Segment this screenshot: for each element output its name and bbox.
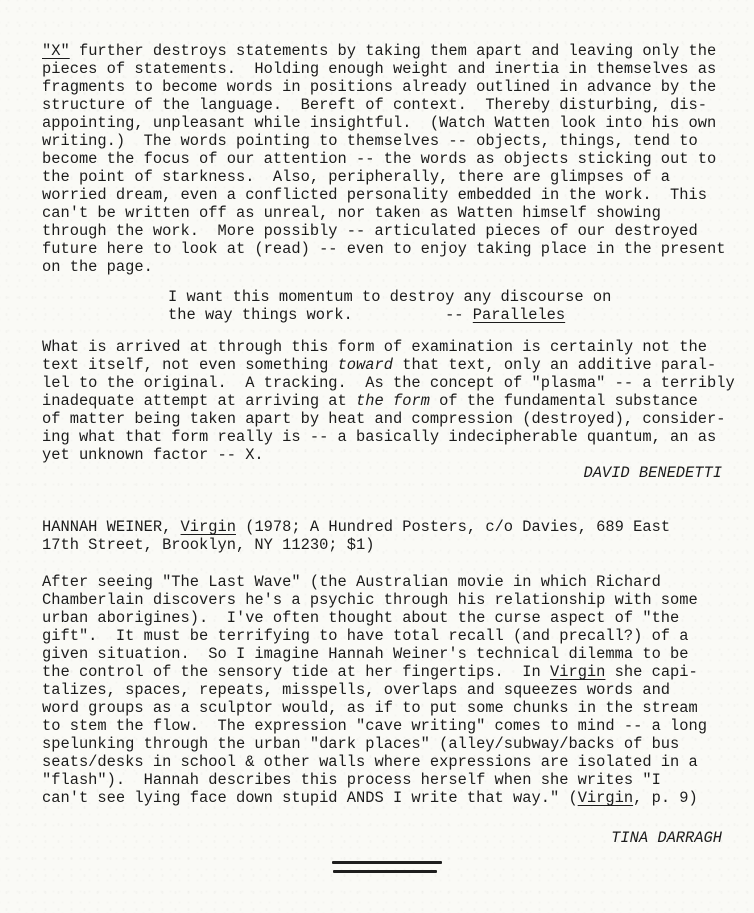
benedetti-review-body: "X" further destroys statements by takin… — [42, 42, 728, 276]
text-segment: HANNAH WEINER, — [42, 518, 181, 536]
text-segment: seats/desks in school & other walls wher… — [42, 753, 698, 771]
text-line: word groups as a sculptor would, as if t… — [42, 699, 728, 717]
text-line: Chamberlain discovers he's a psychic thr… — [42, 591, 728, 609]
text-segment: of the fundamental substance — [430, 392, 698, 410]
underlined-text: Virgin — [578, 789, 633, 807]
text-segment: of matter being taken apart by heat and … — [42, 410, 725, 428]
text-line: text itself, not even something toward t… — [42, 356, 728, 374]
italic-text: the form — [356, 392, 430, 410]
text-segment: become the focus of our attention -- the… — [42, 150, 716, 168]
text-segment: (1978; A Hundred Posters, c/o Davies, 68… — [236, 518, 670, 536]
text-segment: I want this momentum to destroy any disc… — [168, 288, 611, 306]
italic-text: TINA DARRAGH — [611, 829, 722, 847]
text-segment: the control of the sensory tide at her f… — [42, 663, 550, 681]
text-segment: structure of the language. Bereft of con… — [42, 96, 707, 114]
text-line: inadequate attempt at arriving at the fo… — [42, 392, 728, 410]
text-segment: What is arrived at through this form of … — [42, 338, 707, 356]
text-segment: appointing, unpleasant while insightful.… — [42, 114, 716, 132]
text-segment: future here to look at (read) -- even to… — [42, 240, 725, 258]
text-segment: fragments to become words in positions a… — [42, 78, 716, 96]
text-segment: pieces of statements. Holding enough wei… — [42, 60, 716, 78]
text-line: urban aborigines). I've often thought ab… — [42, 609, 728, 627]
text-line: lel to the original. A tracking. As the … — [42, 374, 728, 392]
closing-double-rule — [332, 861, 442, 873]
text-segment: word groups as a sculptor would, as if t… — [42, 699, 698, 717]
italic-text: toward — [338, 356, 393, 374]
benedetti-review-conclusion: What is arrived at through this form of … — [42, 338, 728, 464]
text-line: DAVID BENEDETTI — [42, 464, 722, 482]
text-line: to stem the flow. The expression "cave w… — [42, 717, 728, 735]
text-line: yet unknown factor -- X. — [42, 446, 728, 464]
underlined-text: "X" — [42, 42, 70, 60]
text-line: can't be written off as unreal, nor take… — [42, 204, 728, 222]
darragh-signature: TINA DARRAGH — [42, 829, 728, 847]
underlined-text: Virgin — [181, 518, 236, 536]
text-line: spelunking through the urban "dark place… — [42, 735, 728, 753]
italic-text: DAVID BENEDETTI — [583, 464, 722, 482]
text-segment: the way things work. -- — [168, 306, 473, 324]
text-segment: ing what that form really is -- a basica… — [42, 428, 716, 446]
text-line: What is arrived at through this form of … — [42, 338, 728, 356]
text-line: the way things work. -- Paralleles — [168, 306, 728, 324]
text-line: pieces of statements. Holding enough wei… — [42, 60, 728, 78]
text-segment: through the work. More possibly -- artic… — [42, 222, 698, 240]
text-line: the point of starkness. Also, peripheral… — [42, 168, 728, 186]
text-line: I want this momentum to destroy any disc… — [168, 288, 728, 306]
text-line: through the work. More possibly -- artic… — [42, 222, 728, 240]
text-line: become the focus of our attention -- the… — [42, 150, 728, 168]
text-segment: given situation. So I imagine Hannah Wei… — [42, 645, 689, 663]
text-line: future here to look at (read) -- even to… — [42, 240, 728, 258]
text-line: After seeing "The Last Wave" (the Austra… — [42, 573, 728, 591]
text-segment: spelunking through the urban "dark place… — [42, 735, 679, 753]
text-line: "X" further destroys statements by takin… — [42, 42, 728, 60]
text-segment: can't see lying face down stupid ANDS I … — [42, 789, 578, 807]
text-segment: further destroys statements by taking th… — [70, 42, 717, 60]
text-segment: to stem the flow. The expression "cave w… — [42, 717, 707, 735]
text-line: on the page. — [42, 258, 728, 276]
text-line: the control of the sensory tide at her f… — [42, 663, 728, 681]
text-segment: Chamberlain discovers he's a psychic thr… — [42, 591, 698, 609]
text-segment: the point of starkness. Also, peripheral… — [42, 168, 670, 186]
horizontal-rule — [333, 870, 437, 873]
text-line: gift". It must be terrifying to have tot… — [42, 627, 728, 645]
text-line: fragments to become words in positions a… — [42, 78, 728, 96]
text-segment: , p. 9) — [633, 789, 698, 807]
text-line: structure of the language. Bereft of con… — [42, 96, 728, 114]
text-line: "flash"). Hannah describes this process … — [42, 771, 728, 789]
paralleles-quote: I want this momentum to destroy any disc… — [168, 288, 728, 324]
benedetti-signature: DAVID BENEDETTI — [42, 464, 728, 482]
document-body: "X" further destroys statements by takin… — [42, 42, 728, 873]
text-segment: writing.) The words pointing to themselv… — [42, 132, 698, 150]
text-segment: 17th Street, Brooklyn, NY 11230; $1) — [42, 536, 375, 554]
text-line: appointing, unpleasant while insightful.… — [42, 114, 728, 132]
text-line: talizes, spaces, repeats, misspells, ove… — [42, 681, 728, 699]
horizontal-rule — [332, 861, 442, 864]
text-segment: lel to the original. A tracking. As the … — [42, 374, 735, 392]
scanned-document-page: "X" further destroys statements by takin… — [0, 0, 754, 873]
text-line: given situation. So I imagine Hannah Wei… — [42, 645, 728, 663]
darragh-review-body: After seeing "The Last Wave" (the Austra… — [42, 573, 728, 807]
underlined-text: Paralleles — [473, 306, 565, 324]
text-segment: inadequate attempt at arriving at — [42, 392, 356, 410]
text-line: HANNAH WEINER, Virgin (1978; A Hundred P… — [42, 518, 728, 536]
text-line: TINA DARRAGH — [42, 829, 722, 847]
text-line: worried dream, even a conflicted persona… — [42, 186, 728, 204]
text-segment: After seeing "The Last Wave" (the Austra… — [42, 573, 661, 591]
weiner-entry-heading: HANNAH WEINER, Virgin (1978; A Hundred P… — [42, 518, 728, 554]
text-line: 17th Street, Brooklyn, NY 11230; $1) — [42, 536, 728, 554]
text-line: seats/desks in school & other walls wher… — [42, 753, 728, 771]
text-line: can't see lying face down stupid ANDS I … — [42, 789, 728, 807]
text-line: ing what that form really is -- a basica… — [42, 428, 728, 446]
text-segment: that text, only an additive paral- — [393, 356, 716, 374]
text-segment: can't be written off as unreal, nor take… — [42, 204, 661, 222]
underlined-text: Virgin — [550, 663, 605, 681]
text-segment: "flash"). Hannah describes this process … — [42, 771, 661, 789]
text-segment: she capi- — [605, 663, 697, 681]
text-segment: talizes, spaces, repeats, misspells, ove… — [42, 681, 670, 699]
text-segment: yet unknown factor -- X. — [42, 446, 264, 464]
text-segment: gift". It must be terrifying to have tot… — [42, 627, 689, 645]
text-segment: worried dream, even a conflicted persona… — [42, 186, 707, 204]
text-segment: urban aborigines). I've often thought ab… — [42, 609, 679, 627]
text-segment: on the page. — [42, 258, 153, 276]
text-line: writing.) The words pointing to themselv… — [42, 132, 728, 150]
text-segment: text itself, not even something — [42, 356, 338, 374]
text-line: of matter being taken apart by heat and … — [42, 410, 728, 428]
